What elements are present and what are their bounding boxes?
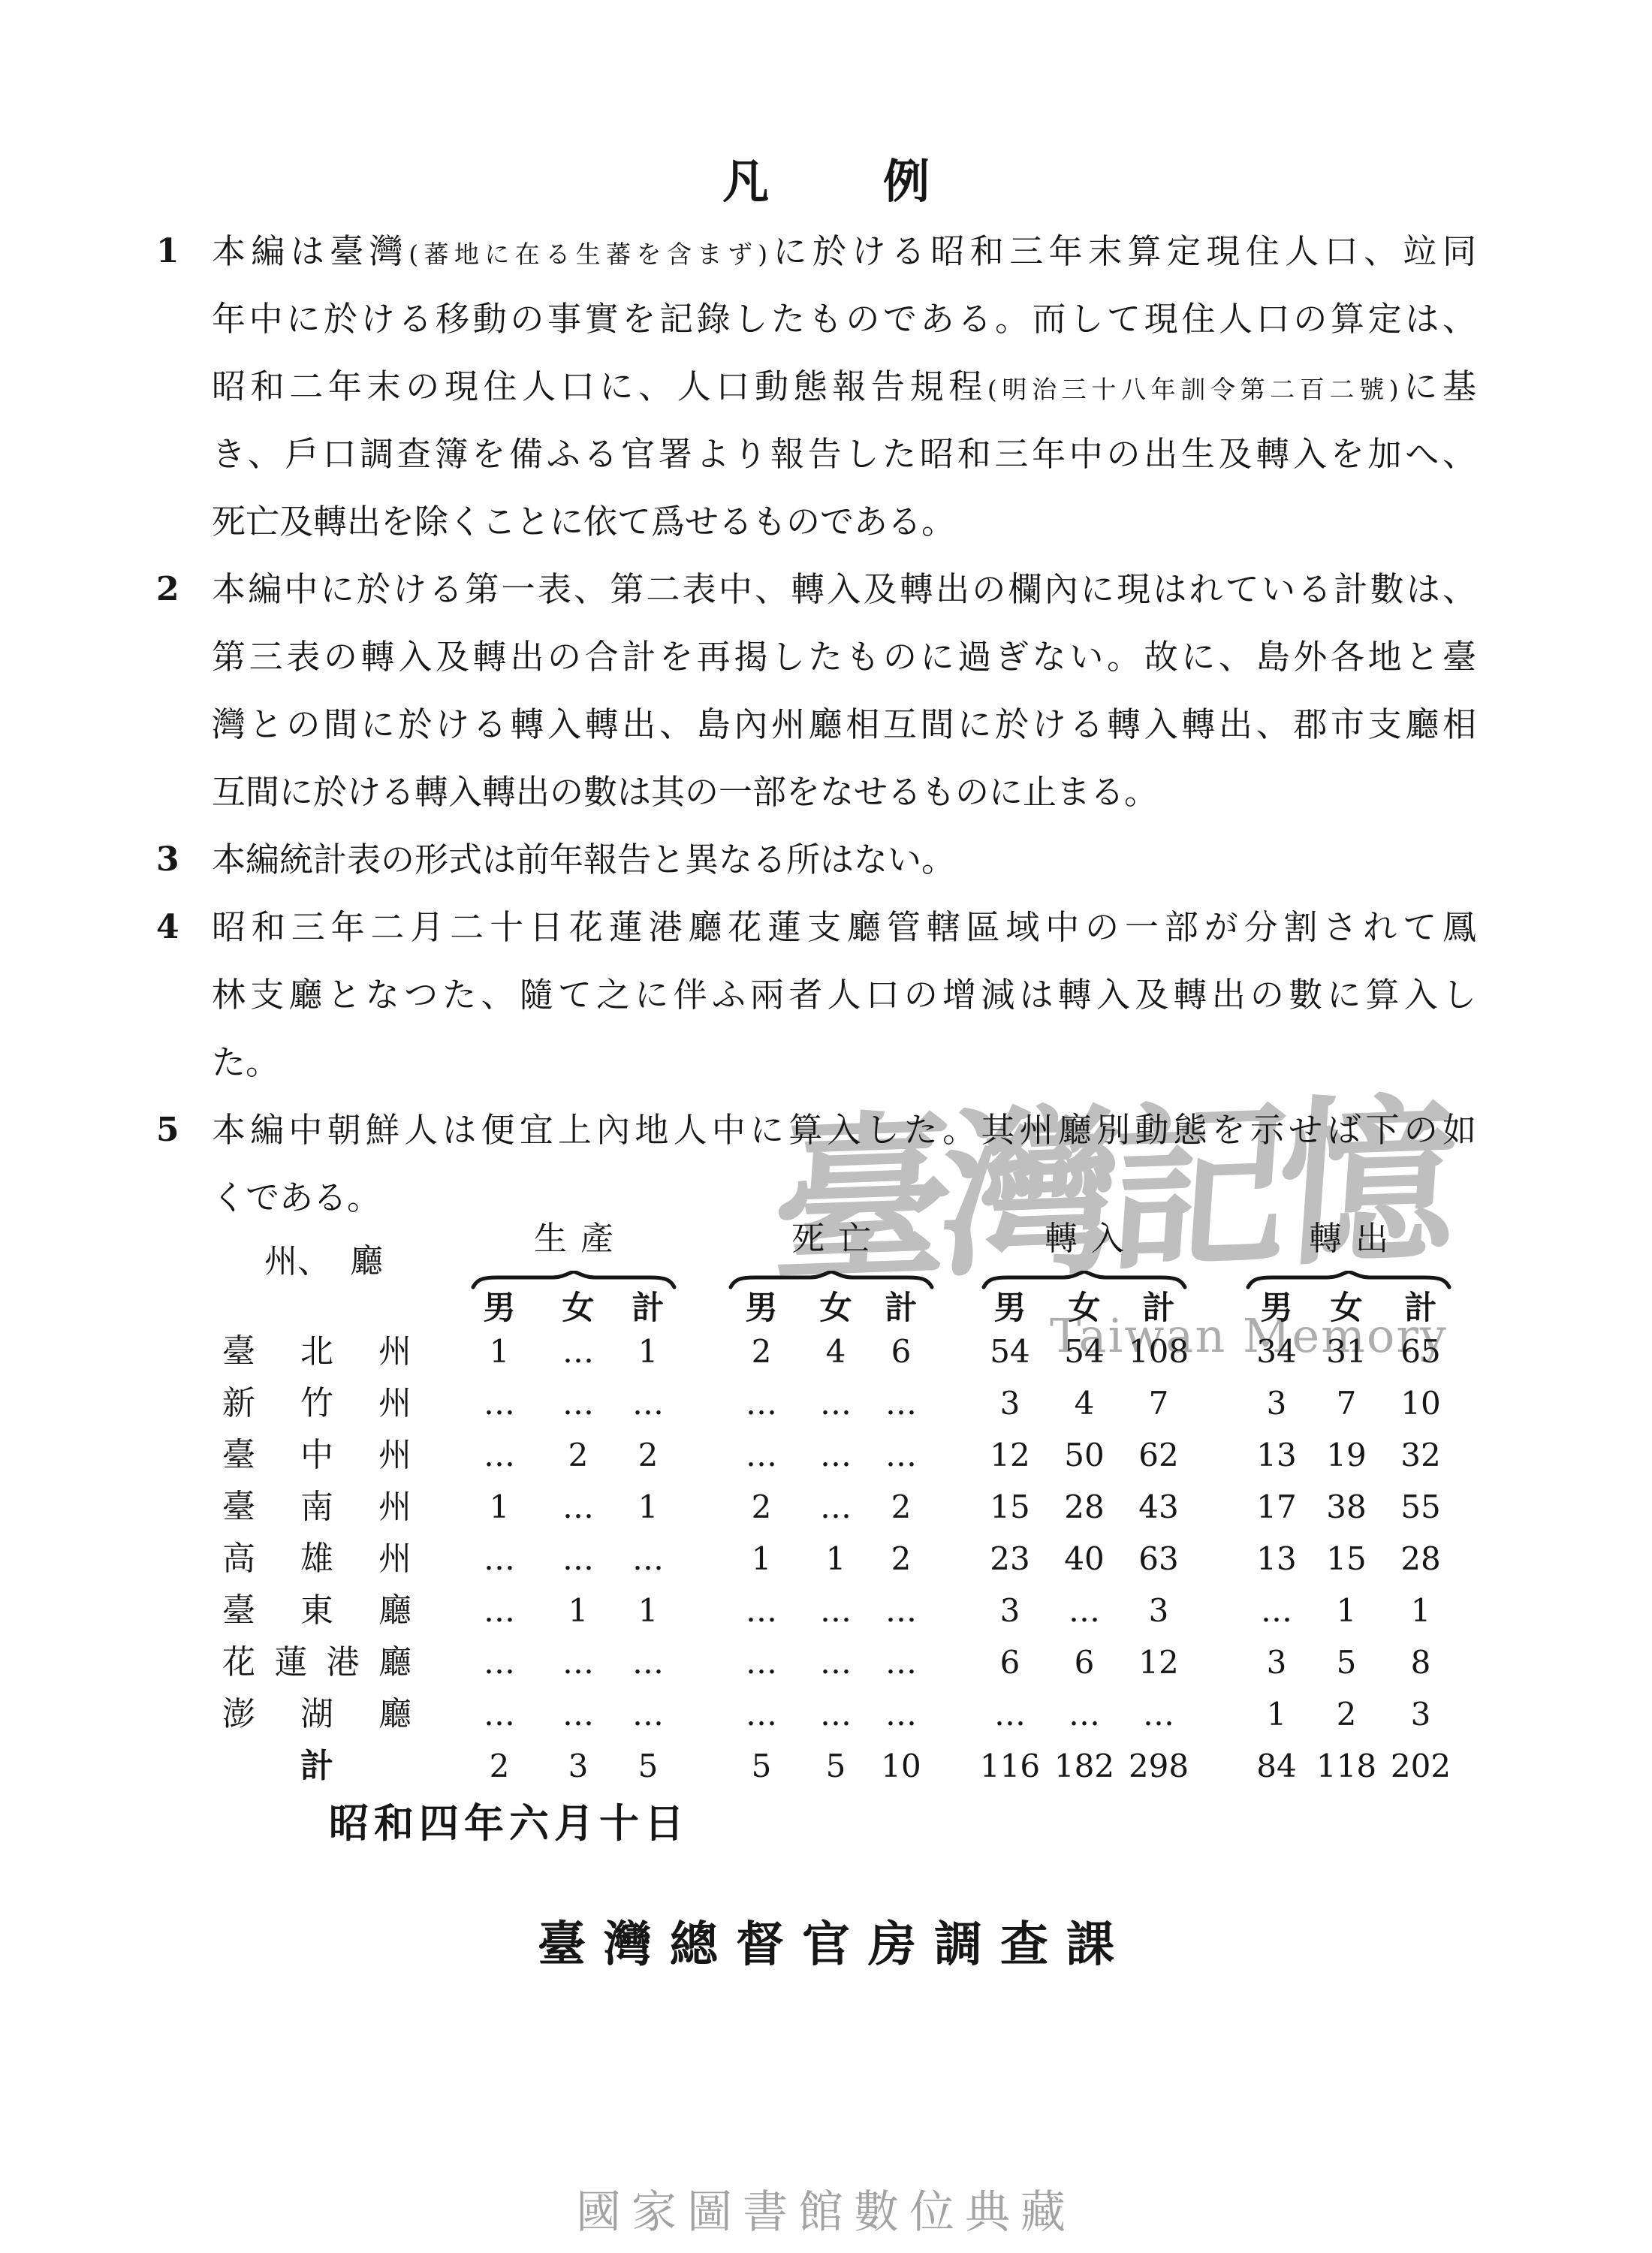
empty-cell: … (855, 1692, 948, 1737)
table-row: 臺東廳…11………3…3…11 (0, 1588, 1652, 1633)
row-label: 臺東廳 (222, 1588, 411, 1633)
data-cell: 202 (1374, 1744, 1467, 1789)
row-label-char: 花 (222, 1640, 255, 1685)
data-cell: 28 (1374, 1537, 1467, 1582)
row-label: 新竹州 (222, 1381, 411, 1426)
data-cell: 2 (855, 1485, 948, 1530)
table-column-header: 女 (798, 1289, 873, 1328)
row-label-char: 廳 (378, 1640, 411, 1685)
empty-cell: … (601, 1381, 695, 1426)
row-label-char: 雄 (300, 1537, 333, 1582)
data-cell: 1 (601, 1329, 695, 1374)
table-column-header: 計 (1383, 1289, 1458, 1328)
row-label-char: 東 (300, 1588, 333, 1633)
row-label-char: 計 (300, 1744, 333, 1789)
empty-cell: … (855, 1381, 948, 1426)
empty-cell: … (855, 1588, 948, 1633)
empty-cell: … (601, 1537, 695, 1582)
data-cell: 7 (1112, 1381, 1205, 1426)
corner-label-part: 廳 (350, 1241, 383, 1283)
table-column-header: 計 (1121, 1289, 1196, 1328)
table-column-header: 男 (1239, 1289, 1314, 1328)
data-cell: 5 (601, 1744, 695, 1789)
row-label: 高雄州 (222, 1537, 411, 1582)
row-label-char: 蓮 (274, 1640, 307, 1685)
row-label: 計 (222, 1744, 411, 1789)
data-cell: 55 (1374, 1485, 1467, 1530)
data-cell: 1 (601, 1485, 695, 1530)
overbrace-decoration (1244, 1271, 1454, 1290)
empty-cell: … (855, 1640, 948, 1685)
table-row: 花蓮港廳………………6612358 (0, 1640, 1652, 1685)
data-cell: 3 (1374, 1692, 1467, 1737)
row-label-char: 北 (300, 1329, 333, 1374)
table-corner-label: 州、廳 (264, 1241, 383, 1283)
table-row: 臺北州1…12465454108343165 (0, 1329, 1652, 1374)
row-label-char: 南 (300, 1485, 333, 1530)
table-total-row: 計235551011618229884118202 (0, 1744, 1652, 1789)
empty-cell: … (601, 1640, 695, 1685)
scanned-document-page: 臺灣記憶 Taiwan Memory 國家圖書館數位典藏 凡 例 1本編は臺灣(… (0, 0, 1652, 2253)
row-label-char: 州 (378, 1381, 411, 1426)
empty-cell: … (1112, 1692, 1205, 1737)
row-label-char: 高 (222, 1537, 255, 1582)
data-cell: 63 (1112, 1537, 1205, 1582)
table-column-header: 女 (541, 1289, 616, 1328)
table-row: 新竹州………………3473710 (0, 1381, 1652, 1426)
table-row: 高雄州………112234063131528 (0, 1537, 1652, 1582)
row-label-char: 臺 (222, 1433, 255, 1478)
data-cell: 1 (601, 1588, 695, 1633)
table-group-header: 生產 (484, 1218, 664, 1260)
data-cell: 10 (1374, 1381, 1467, 1426)
row-label-char: 州 (378, 1433, 411, 1478)
table-column-header: 計 (610, 1289, 686, 1328)
publisher-line: 臺灣總督官房調查課 (538, 1917, 1132, 1974)
content-layer: 凡 例 1本編は臺灣(蕃地に在る生蕃を含まず)に於ける昭和三年末算定現住人口、竝… (0, 0, 1652, 2253)
table-group-header: 死亡 (741, 1218, 921, 1260)
row-label-char: 州 (378, 1329, 411, 1374)
data-cell: 32 (1374, 1433, 1467, 1478)
table-row: 臺中州…22………125062131932 (0, 1433, 1652, 1478)
date-line: 昭和四年六月十日 (329, 1799, 689, 1847)
overbrace-decoration (979, 1271, 1189, 1290)
data-cell: 298 (1112, 1744, 1205, 1789)
data-cell: 6 (855, 1329, 948, 1374)
data-cell: 2 (601, 1433, 695, 1478)
data-cell: 1 (1374, 1588, 1467, 1633)
row-label: 臺北州 (222, 1329, 411, 1374)
data-cell: 12 (1112, 1640, 1205, 1685)
overbrace-decoration (726, 1271, 936, 1290)
row-label-char: 竹 (300, 1381, 333, 1426)
row-label-char: 州 (378, 1537, 411, 1582)
data-cell: 62 (1112, 1433, 1205, 1478)
data-cell: 65 (1374, 1329, 1467, 1374)
statistics-table: 州、廳生產男女計死亡男女計轉入男女計轉出男女計臺北州1…124654541083… (0, 0, 1652, 2253)
data-cell: 3 (1112, 1588, 1205, 1633)
row-label-char: 廳 (378, 1588, 411, 1633)
table-group-header: 轉出 (1259, 1218, 1439, 1260)
table-column-header: 男 (724, 1289, 799, 1328)
row-label: 臺南州 (222, 1485, 411, 1530)
data-cell: 8 (1374, 1640, 1467, 1685)
corner-label-part: 州、 (264, 1241, 330, 1283)
table-group-header: 轉入 (994, 1218, 1174, 1260)
row-label-char: 湖 (300, 1692, 333, 1737)
table-row: 臺南州1…12…2152843173855 (0, 1485, 1652, 1530)
table-column-header: 女 (1309, 1289, 1384, 1328)
row-label-char: 中 (300, 1433, 333, 1478)
table-column-header: 計 (864, 1289, 939, 1328)
row-label: 澎湖廳 (222, 1692, 411, 1737)
row-label: 花蓮港廳 (222, 1640, 411, 1685)
row-label-char: 澎 (222, 1692, 255, 1737)
row-label-char: 臺 (222, 1588, 255, 1633)
row-label-char: 廳 (378, 1692, 411, 1737)
overbrace-decoration (469, 1271, 679, 1290)
table-column-header: 男 (462, 1289, 537, 1328)
empty-cell: … (601, 1692, 695, 1737)
row-label-char: 港 (327, 1640, 360, 1685)
data-cell: 2 (855, 1537, 948, 1582)
row-label-char: 州 (378, 1485, 411, 1530)
table-column-header: 女 (1047, 1289, 1122, 1328)
empty-cell: … (855, 1433, 948, 1478)
data-cell: 108 (1112, 1329, 1205, 1374)
row-label: 臺中州 (222, 1433, 411, 1478)
data-cell: 10 (855, 1744, 948, 1789)
table-row: 澎湖廳………………………123 (0, 1692, 1652, 1737)
row-label-char: 臺 (222, 1485, 255, 1530)
table-column-header: 男 (972, 1289, 1048, 1328)
row-label-char: 新 (222, 1381, 255, 1426)
data-cell: 43 (1112, 1485, 1205, 1530)
row-label-char: 臺 (222, 1329, 255, 1374)
